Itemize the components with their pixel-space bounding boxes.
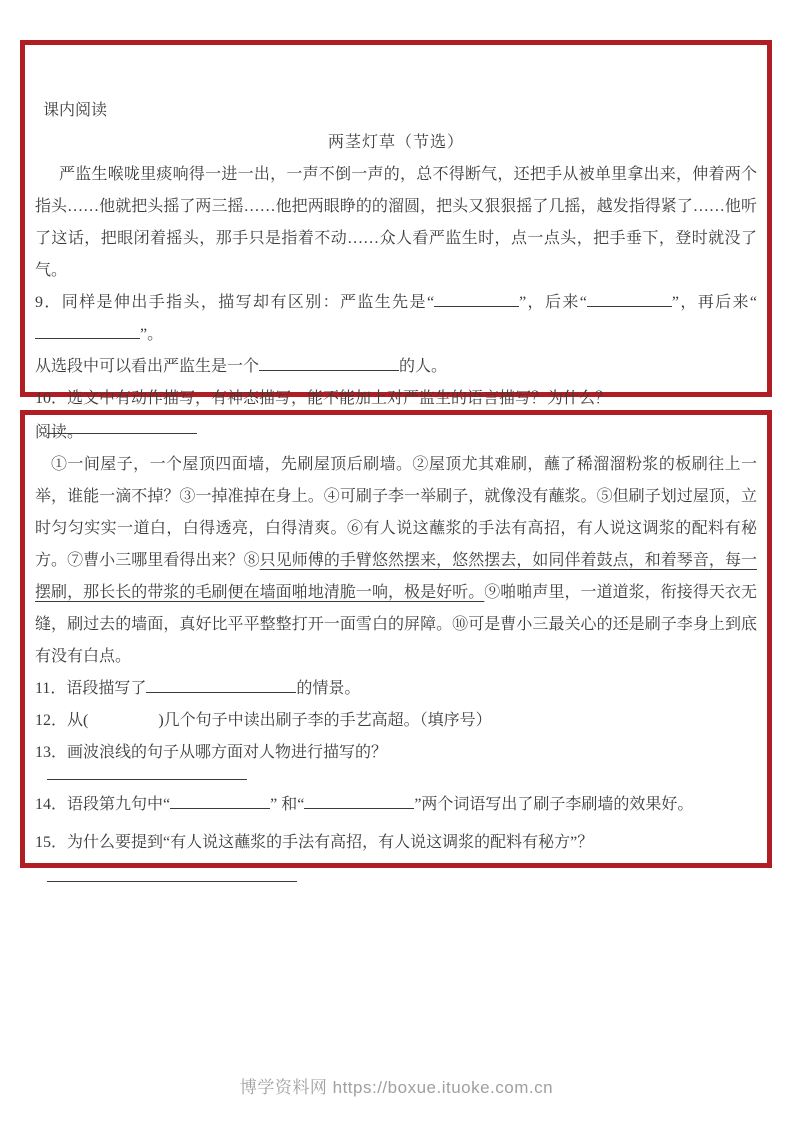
passage1-text: 严监生喉咙里痰响得一进一出，一声不倒一声的，总不得断气，还把手从被单里拿出来，伸… (35, 159, 757, 287)
q14-text-3: ”两个词语写出了刷子李刷墙的效果好。 (414, 796, 693, 813)
q12-text-1: 12．从( (35, 712, 88, 729)
section2-heading: 阅读。 (35, 417, 757, 449)
q11-blank (146, 677, 296, 693)
q9-text-5: 从选段中可以看出严监生是一个 (35, 358, 259, 375)
question-15: 15．为什么要提到“有人说这蘸浆的手法有高招，有人说这调浆的配料有秘方”？ (35, 827, 757, 859)
question-12: 12．从()几个句子中读出刷子李的手艺高超。（填序号） (35, 705, 757, 737)
worksheet-page: 课内阅读 两茎灯草（节选） 严监生喉咙里痰响得一进一出，一声不倒一声的，总不得断… (0, 0, 793, 1122)
q12-paren-gap (88, 710, 158, 725)
q9-text-4: ”。 (140, 326, 163, 343)
q14-blank-1 (170, 793, 270, 809)
q9-blank-4 (259, 355, 399, 371)
q11-text-2: 的情景。 (296, 680, 360, 697)
q9-text-3: ”，再后来“ (672, 294, 757, 311)
watermark-footer: 博学资料网 https://boxue.ituoke.com.cn (0, 1073, 793, 1098)
q9-text-1: 9．同样是伸出手指头，描写却有区别：严监生先是“ (35, 294, 434, 311)
question-14: 14．语段第九句中“” 和“”两个词语写出了刷子李刷墙的效果好。 (35, 789, 757, 821)
passage1-title: 两茎灯草（节选） (35, 127, 757, 159)
q9-text-2: ”，后来“ (519, 294, 587, 311)
q9-blank-3 (35, 323, 140, 339)
question-11: 11．语段描写了的情景。 (35, 673, 757, 705)
q12-text-2: )几个句子中读出刷子李的手艺高超。（填序号） (158, 712, 491, 729)
q9-blank-2 (587, 291, 672, 307)
passage2-text: ①一间屋子，一个屋顶四面墙，先刷屋顶后刷墙。②屋顶尤其难刷，蘸了稀溜溜粉浆的板刷… (35, 449, 757, 673)
section1-heading: 课内阅读 (35, 95, 757, 127)
q14-text-1: 14．语段第九句中“ (35, 796, 170, 813)
question-9: 9．同样是伸出手指头，描写却有区别：严监生先是“”，后来“”，再后来“”。 (35, 287, 757, 351)
q14-blank-2 (304, 793, 414, 809)
q14-text-2: ” 和“ (270, 796, 304, 813)
reading-section-2: 阅读。 ①一间屋子，一个屋顶四面墙，先刷屋顶后刷墙。②屋顶尤其难刷，蘸了稀溜溜粉… (20, 410, 772, 868)
q9-text-6: 的人。 (399, 358, 447, 375)
question-9-line2: 从选段中可以看出严监生是一个的人。 (35, 351, 757, 383)
q13-answer-line (47, 769, 247, 780)
question-13: 13．画波浪线的句子从哪方面对人物进行描写的？ (35, 737, 757, 769)
q11-text-1: 11．语段描写了 (35, 680, 146, 697)
q15-answer-line (47, 865, 297, 882)
q9-blank-1 (434, 291, 519, 307)
reading-section-1: 课内阅读 两茎灯草（节选） 严监生喉咙里痰响得一进一出，一声不倒一声的，总不得断… (20, 40, 772, 397)
